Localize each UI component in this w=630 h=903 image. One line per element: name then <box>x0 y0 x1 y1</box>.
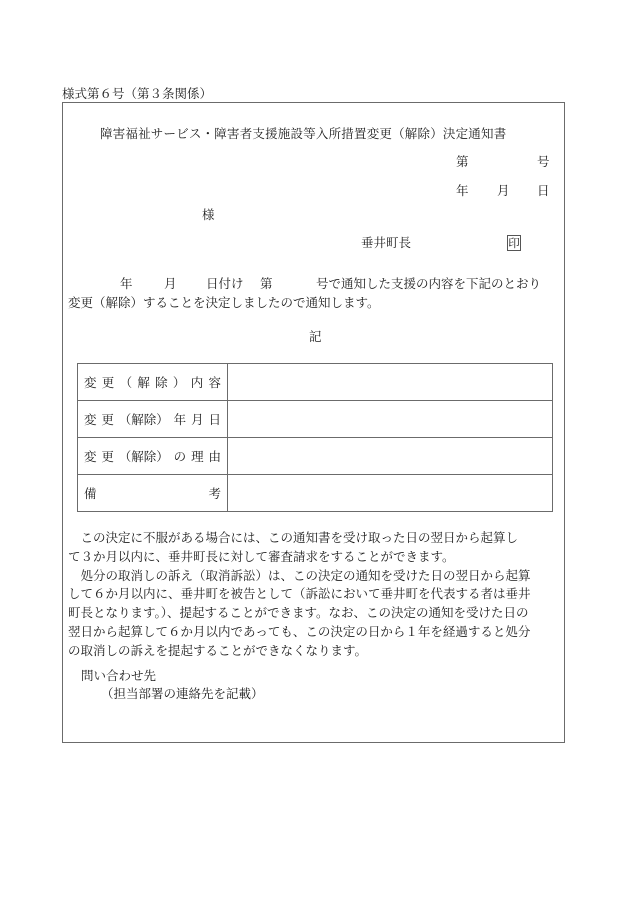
row-label-change-reason: 変 更 （解除） の 理 由 <box>78 438 228 475</box>
label-char: 日 <box>208 410 221 428</box>
details-table: 変 更 （ 解 除 ） 内 容 変 更 （解除） 年 月 日 <box>77 363 553 512</box>
table-row: 変 更 （解除） の 理 由 <box>78 438 553 475</box>
label-char: 由 <box>208 447 221 465</box>
label-char: 変 <box>84 447 97 465</box>
change-date-value[interactable] <box>228 401 553 438</box>
label-char: 更 <box>101 447 114 465</box>
date-year: 年 <box>456 181 469 199</box>
contact-placeholder: （担当部署の連絡先を記載） <box>101 688 264 701</box>
label-char: （解除） <box>119 410 169 428</box>
intro-year: 年 <box>120 278 133 291</box>
label-char: （ <box>120 373 133 391</box>
date-day: 日 <box>537 181 550 199</box>
addressee-suffix: 様 <box>202 209 215 222</box>
appeal-line: この決定に不服がある場合には、この通知書を受け取った日の翌日から起算し <box>68 529 560 548</box>
lawsuit-line: 処分の取消しの訴え（取消訴訟）は、この決定の通知を受けた日の翌日から起算 <box>68 567 560 586</box>
intro-line2: 変更（解除）することを決定しましたので通知します。 <box>68 297 380 310</box>
label-char: 容 <box>208 373 221 391</box>
intro-day: 日付け <box>206 278 244 291</box>
label-char: （解除） <box>119 447 169 465</box>
label-char: 除 <box>155 373 168 391</box>
label-char: 更 <box>101 410 114 428</box>
label-char: 理 <box>191 447 204 465</box>
change-content-value[interactable] <box>228 364 553 401</box>
number-suffix: 号 <box>537 152 550 170</box>
table-row: 備 考 <box>78 475 553 512</box>
remarks-value[interactable] <box>228 475 553 512</box>
form-label: 様式第６号（第３条関係） <box>62 84 212 102</box>
appeal-notice: この決定に不服がある場合には、この通知書を受け取った日の翌日から起算し て３か月… <box>68 529 560 661</box>
change-reason-value[interactable] <box>228 438 553 475</box>
table-row: 変 更 （ 解 除 ） 内 容 <box>78 364 553 401</box>
label-char: ） <box>173 373 186 391</box>
label-char: 考 <box>208 484 221 502</box>
label-char: 変 <box>84 373 97 391</box>
lawsuit-line: 町長となります。）、提起することができます。なお、この決定の通知を受けた日の <box>68 604 560 623</box>
label-char: 更 <box>102 373 115 391</box>
table-row: 変 更 （解除） 年 月 日 <box>78 401 553 438</box>
row-label-change-content: 変 更 （ 解 除 ） 内 容 <box>78 364 228 401</box>
seal-mark: 印 <box>507 235 521 251</box>
intro-number-prefix: 第 <box>260 278 273 291</box>
intro-month: 月 <box>164 278 177 291</box>
issuer-name: 垂井町長 <box>361 237 411 250</box>
row-label-change-date: 変 更 （解除） 年 月 日 <box>78 401 228 438</box>
label-char: の <box>174 447 187 465</box>
date-month: 月 <box>497 181 510 199</box>
number-prefix: 第 <box>456 152 469 170</box>
row-label-remarks: 備 考 <box>78 475 228 512</box>
appeal-line: て３か月以内に、垂井町長に対して審査請求をすることができます。 <box>68 548 560 567</box>
label-char: 解 <box>137 373 150 391</box>
label-char: 変 <box>84 410 97 428</box>
lawsuit-line: 翌日から起算して６か月以内であっても、この決定の日から１年を経過すると処分 <box>68 623 560 642</box>
label-char: 月 <box>191 410 204 428</box>
label-char: 年 <box>174 410 187 428</box>
lawsuit-line: の取消しの訴えを提起することができなくなります。 <box>68 642 560 661</box>
document-title: 障害福祉サービス・障害者支援施設等入所措置変更（解除）決定通知書 <box>100 124 506 142</box>
label-char: 内 <box>191 373 204 391</box>
intro-line1-rest: 号で通知した支援の内容を下記のとおり <box>316 278 541 291</box>
label-char: 備 <box>84 484 97 502</box>
lawsuit-line: して６か月以内に、垂井町を被告として（訴訟において垂井町を代表する者は垂井 <box>68 585 560 604</box>
contact-label: 問い合わせ先 <box>81 670 156 683</box>
ki-heading: 記 <box>309 331 322 344</box>
